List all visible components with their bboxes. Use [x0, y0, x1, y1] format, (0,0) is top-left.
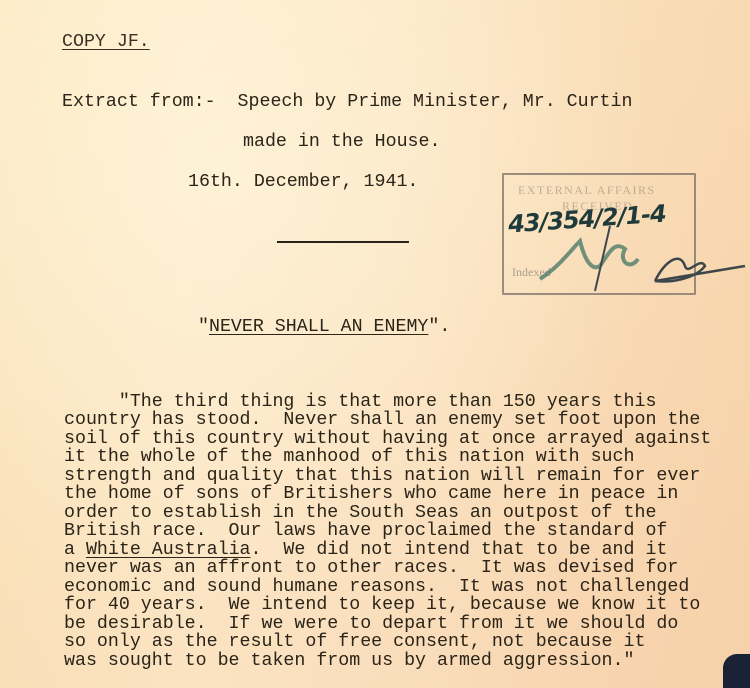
body-line: country has stood. Never shall an enemy … [64, 411, 711, 430]
divider-rule [277, 241, 409, 243]
made-line: made in the House. [243, 133, 440, 152]
body-line: so only as the result of free consent, n… [64, 633, 711, 652]
body-line: soil of this country without having at o… [64, 430, 711, 449]
body-line: "The third thing is that more than 150 y… [64, 393, 711, 412]
line-prefix: a [64, 540, 86, 560]
body-line: it the whole of the manhood of this nati… [64, 448, 711, 467]
body-line: the home of sons of Britishers who came … [64, 485, 711, 504]
extract-line: Extract from:- Speech by Prime Minister,… [62, 93, 632, 112]
body-line: economic and sound humane reasons. It wa… [64, 578, 711, 597]
white-australia-underlined: White Australia [86, 540, 251, 560]
line-suffix: . We did not intend that to be and it [251, 540, 668, 560]
speech-title: "NEVER SHALL AN ENEMY". [198, 318, 450, 337]
speech-body: "The third thing is that more than 150 y… [64, 374, 711, 688]
body-line: for 40 years. We intend to keep it, beca… [64, 596, 711, 615]
body-line: order to establish in the South Seas an … [64, 504, 711, 523]
copy-label: COPY JF. [62, 33, 150, 52]
body-line: strength and quality that this nation wi… [64, 467, 711, 486]
body-line: a White Australia. We did not intend tha… [64, 541, 711, 560]
body-line: never was an affront to other races. It … [64, 559, 711, 578]
body-line: British race. Our laws have proclaimed t… [64, 522, 711, 541]
dark-corner-blot [723, 654, 750, 688]
date-line: 16th. December, 1941. [188, 173, 418, 192]
body-line: be desirable. If we were to depart from … [64, 615, 711, 634]
title-text: NEVER SHALL AN ENEMY [209, 317, 428, 337]
body-line: was sought to be taken from us by armed … [64, 652, 711, 671]
title-open-quote: " [198, 317, 209, 337]
title-close: ". [428, 317, 450, 337]
